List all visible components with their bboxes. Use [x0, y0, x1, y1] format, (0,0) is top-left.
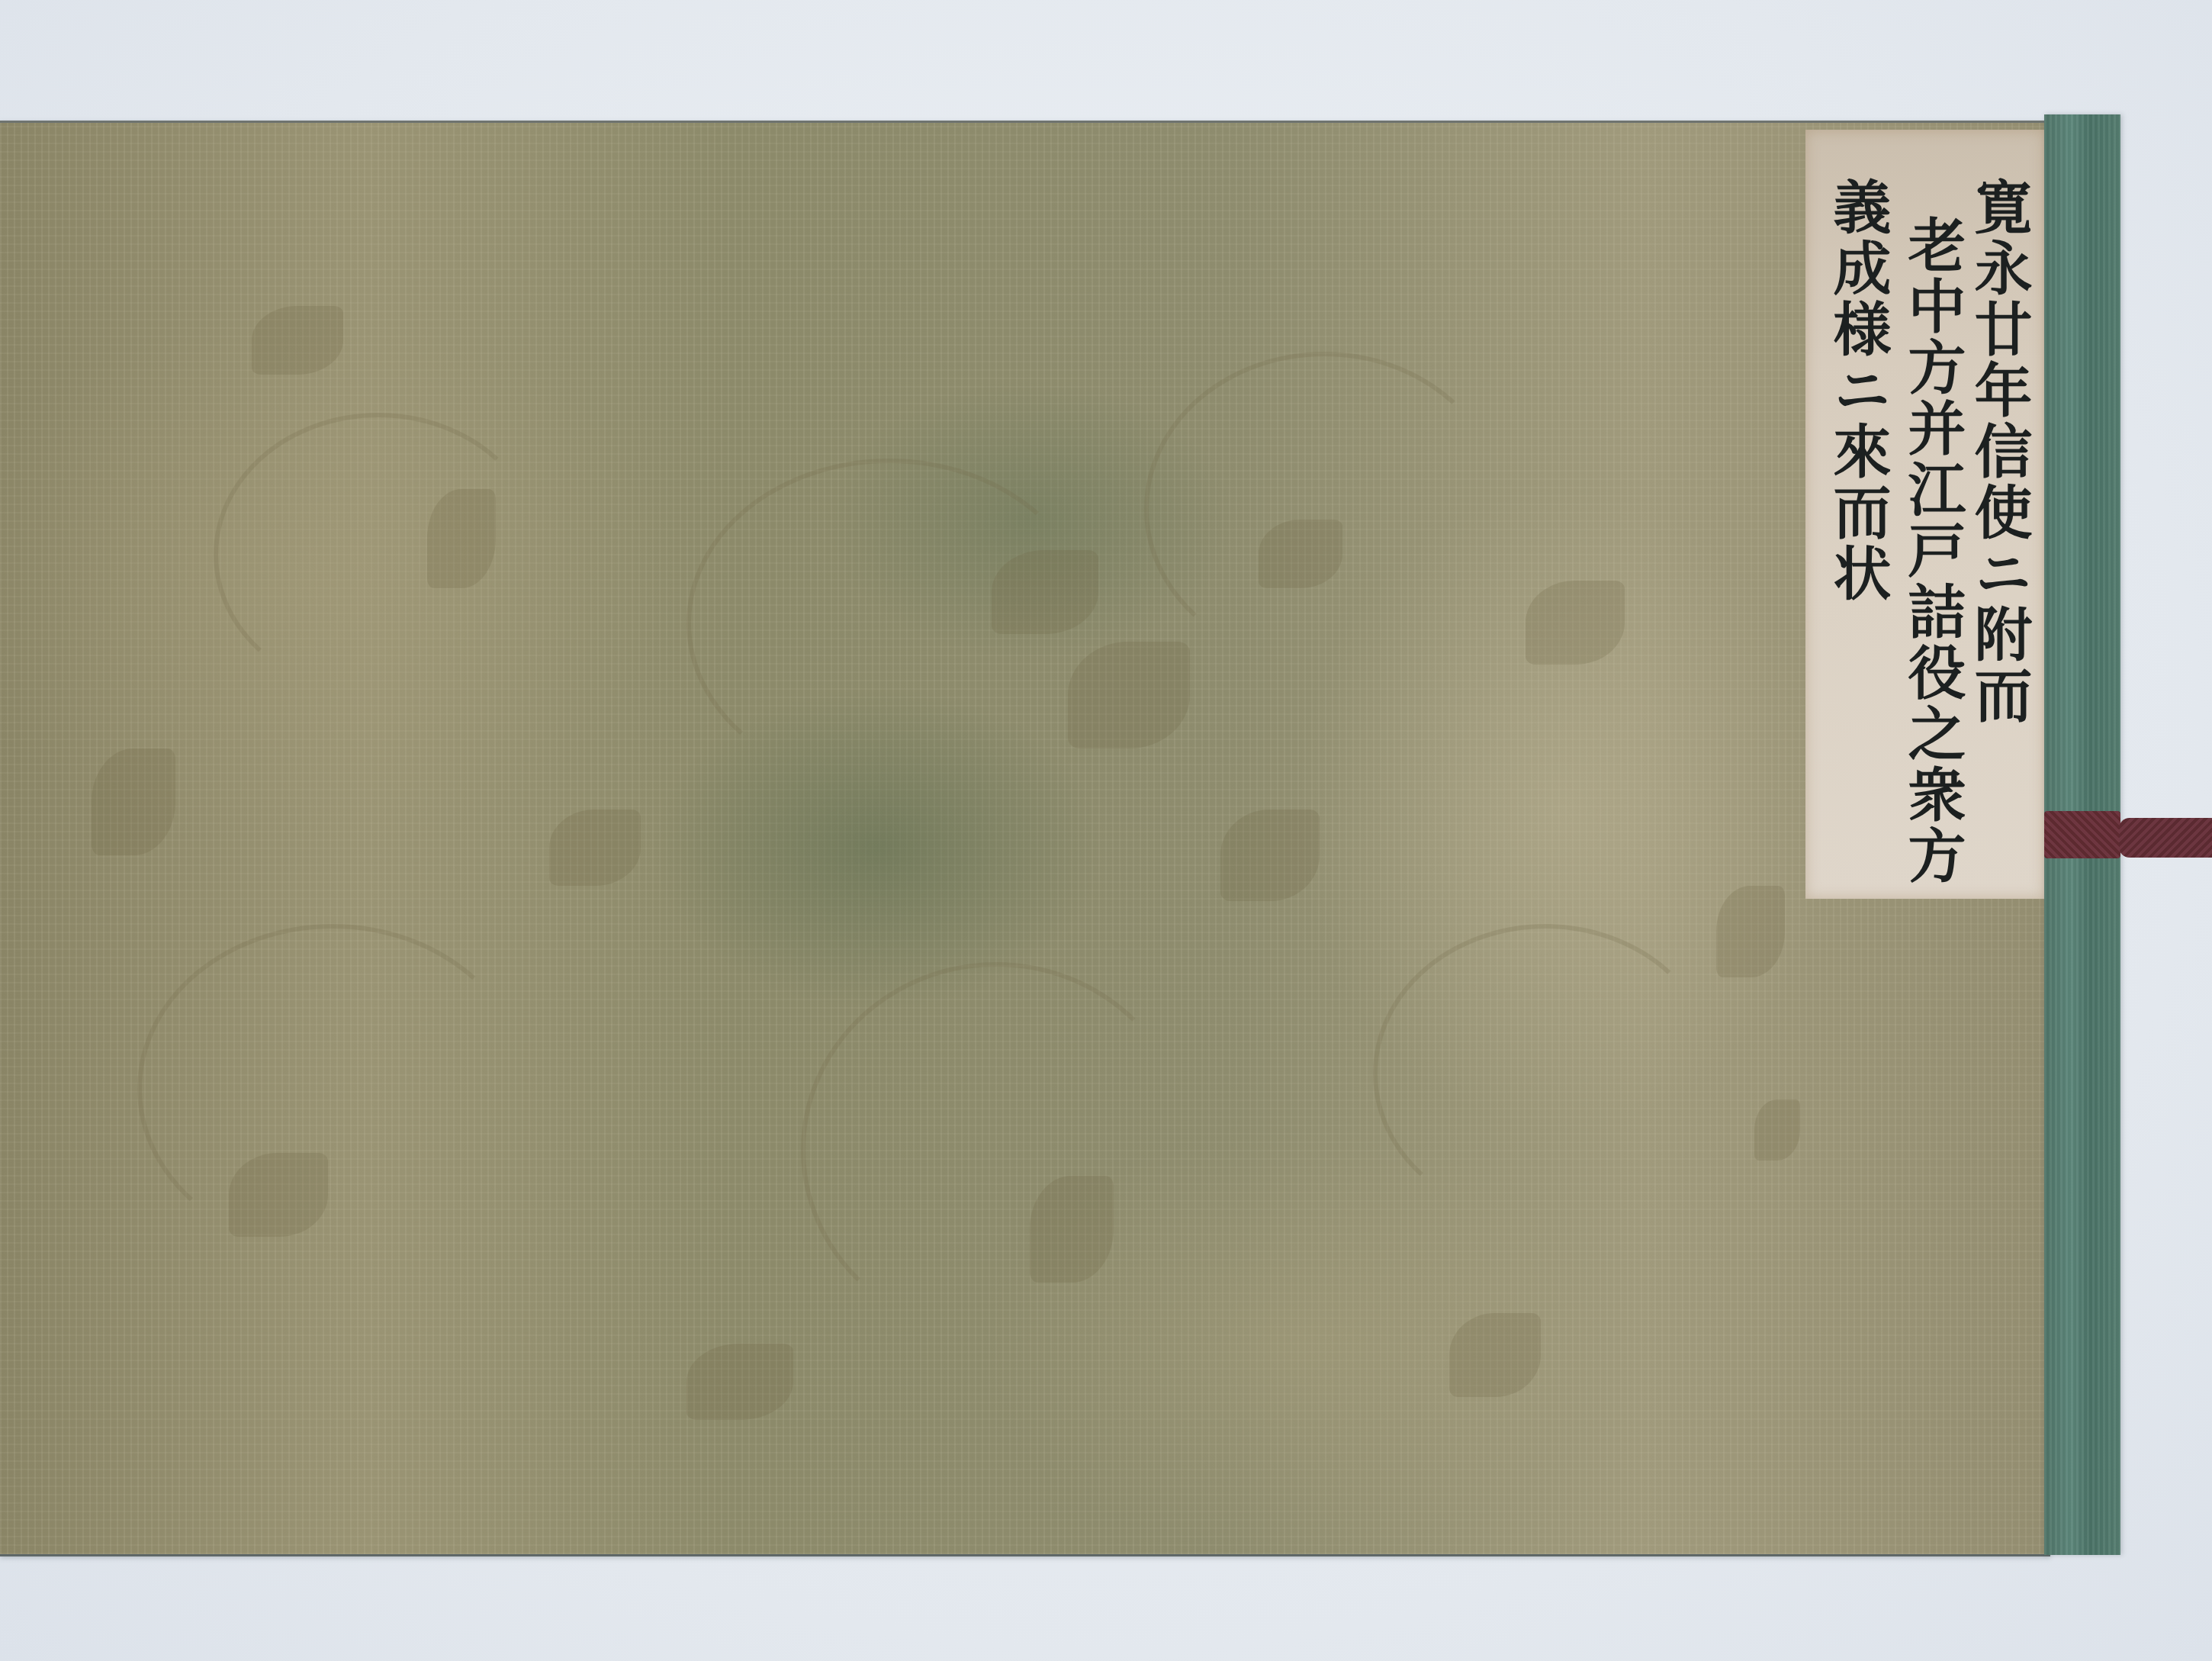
- leaf-motif: [1030, 1176, 1114, 1283]
- title-label: 寛永廿年信使ニ附而 老中方并江戸詰役之衆方 義成様ニ來而状: [1805, 130, 2044, 899]
- vine-motif: [801, 962, 1191, 1337]
- flower-motif: [1220, 810, 1320, 901]
- leaf-motif: [1259, 520, 1342, 588]
- leaf-motif: [686, 1344, 793, 1420]
- leaf-motif: [229, 1153, 328, 1237]
- tie-cord: [2119, 818, 2212, 858]
- flower-motif: [1068, 642, 1190, 748]
- leaf-motif: [1526, 581, 1625, 665]
- label-column-3: 義成様ニ來而状: [1828, 177, 1886, 604]
- vine-motif: [1144, 352, 1504, 666]
- flower-motif: [992, 550, 1098, 634]
- leaf-motif: [427, 489, 496, 588]
- vine-motif: [137, 924, 528, 1254]
- scroll-cover: [0, 121, 2050, 1556]
- vine-motif: [1373, 924, 1718, 1223]
- label-column-2: 老中方并江戸詰役之衆方: [1903, 215, 1961, 887]
- label-column-1: 寛永廿年信使ニ附而: [1969, 177, 2027, 726]
- leaf-motif: [549, 810, 641, 886]
- tie-cord-loop: [2044, 811, 2120, 858]
- stain-mark: [1754, 1099, 1800, 1160]
- leaf-motif: [92, 748, 175, 855]
- leaf-motif: [252, 306, 343, 375]
- leaf-motif: [1716, 886, 1785, 977]
- leaf-motif: [1449, 1313, 1541, 1397]
